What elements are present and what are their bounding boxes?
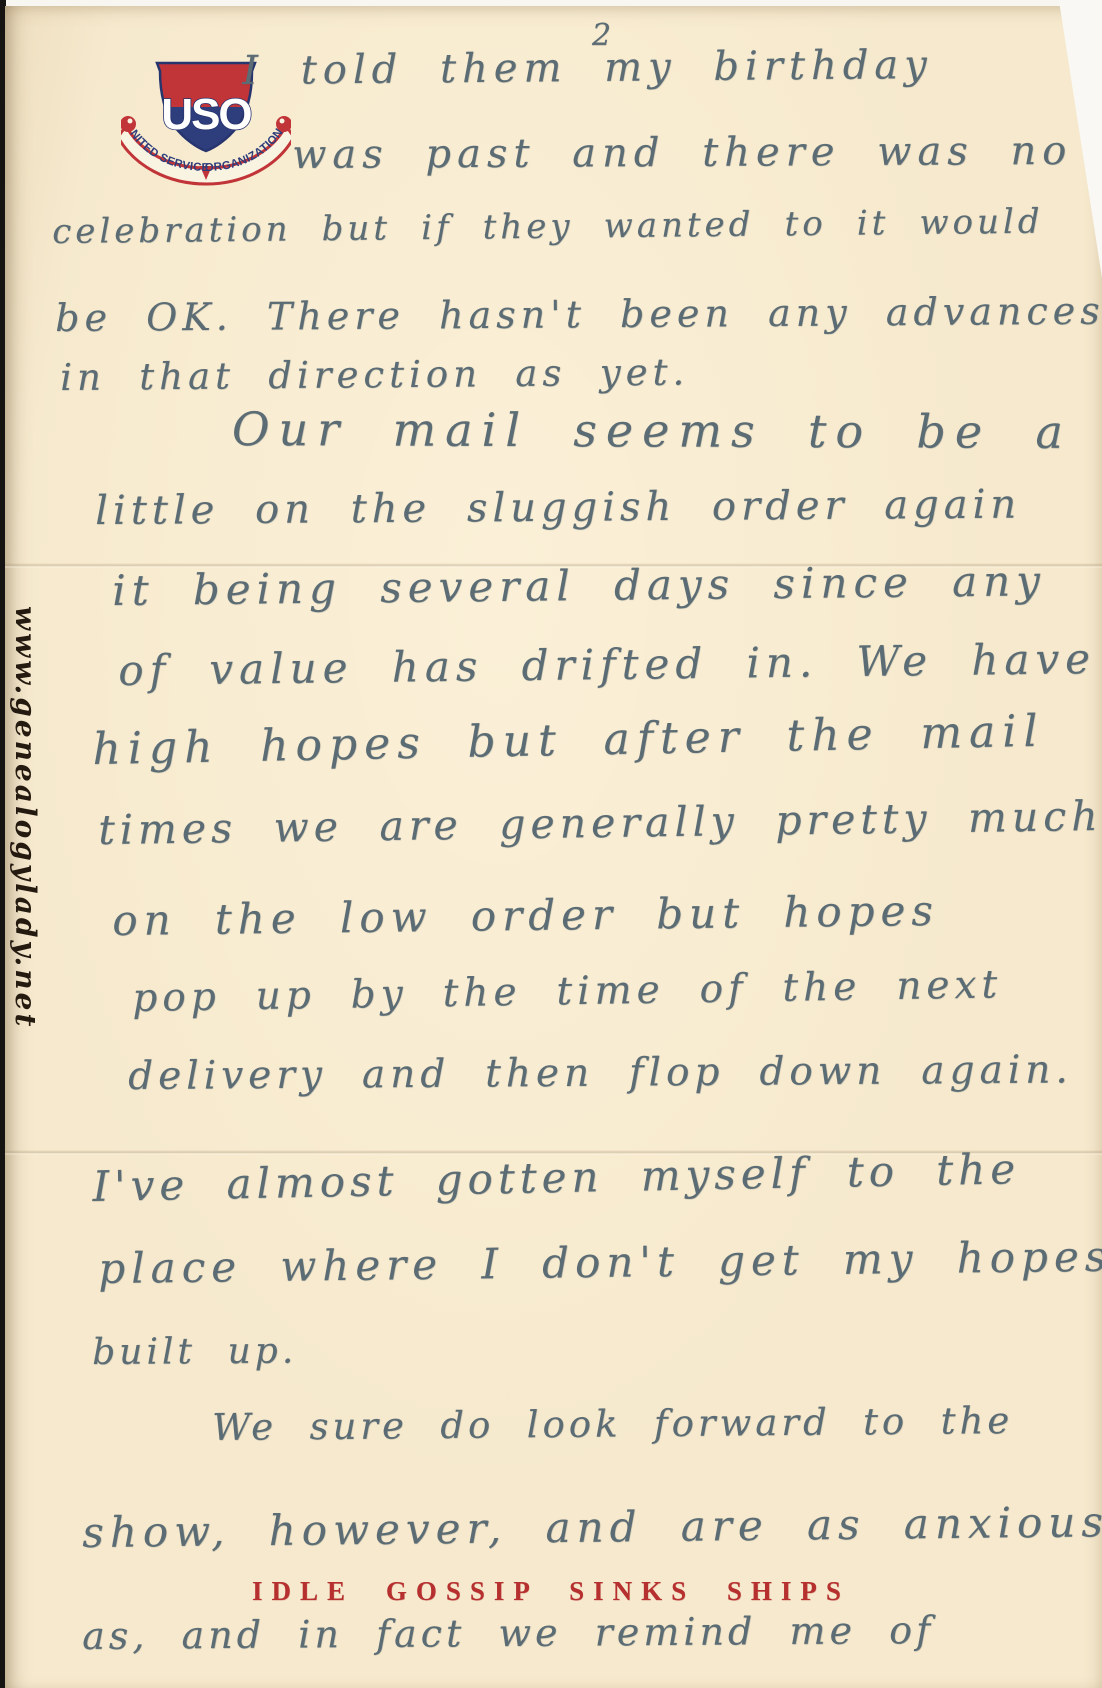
handwritten-line: in that direction as yet. bbox=[60, 351, 689, 399]
handwritten-line: as, and in fact we remind me of bbox=[82, 1608, 934, 1658]
handwritten-line: We sure do look forward to the bbox=[212, 1399, 1013, 1449]
letter-scan: UNITED SERVICE ORGANIZATIONS USO 2 www.g… bbox=[0, 0, 1102, 1688]
handwritten-line: it being several days since any bbox=[112, 556, 1046, 615]
logo-ribbon-curl-hole bbox=[128, 119, 133, 124]
logo-acronym-text: USO bbox=[161, 90, 251, 139]
handwritten-line: I told them my birthday bbox=[242, 42, 933, 94]
handwritten-line: delivery and then flop down again. bbox=[128, 1047, 1073, 1099]
handwritten-line: on the low order but hopes bbox=[112, 886, 939, 945]
watermark: www.genealogylady.net bbox=[9, 606, 42, 1029]
logo-ribbon-curl-hole bbox=[280, 119, 285, 124]
handwritten-line: built up. bbox=[92, 1331, 297, 1373]
handwritten-line: Our mail seems to be a bbox=[232, 402, 1072, 459]
handwritten-line: was past and there was no bbox=[292, 128, 1072, 178]
censorship-slogan: IDLE GOSSIP SINKS SHIPS bbox=[0, 1576, 1102, 1607]
handwritten-line: little on the sluggish order again bbox=[95, 482, 1021, 534]
logo-ribbon-curl-left bbox=[121, 116, 136, 132]
handwritten-line: be OK. There hasn't been any advances bbox=[55, 289, 1102, 340]
